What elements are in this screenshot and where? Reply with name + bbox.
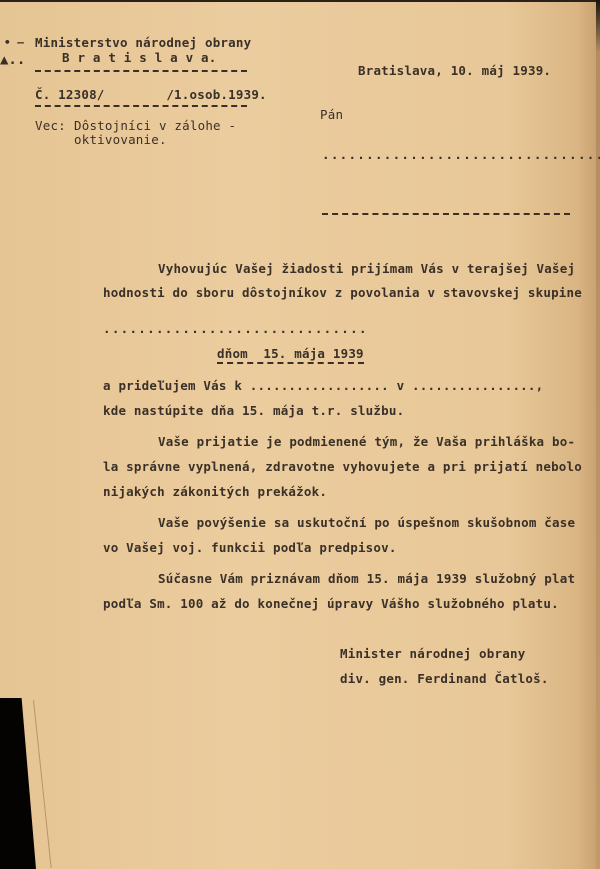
body-p2-line2: kde nastúpite dňa 15. mája t.r. službu.	[103, 403, 404, 418]
reference-number: Č. 12308/ /1.osob.1939.	[35, 87, 267, 102]
margin-blot: ▲..	[0, 52, 25, 68]
subject-label: Vec:	[35, 118, 66, 133]
date-line: dňom 15. mája 1939	[217, 346, 364, 364]
body-p5-line2: podľa Sm. 100 až do konečnej úpravy Vášh…	[103, 596, 559, 611]
body-p2-line1: a prideľujem Vás k .................. v …	[103, 378, 543, 393]
subject-line-1: Dôstojníci v zálohe -	[74, 118, 236, 133]
punch-mark: • –	[4, 36, 24, 49]
body-p1-line2: hodnosti do sboru dôstojníkov z povolani…	[103, 285, 582, 300]
addressee-blank-2	[322, 213, 570, 215]
salutation: Pán	[320, 107, 343, 122]
body-p1-line1: Vyhovujúc Vašej žiadosti prijímam Vás v …	[158, 261, 575, 276]
body-p5-line1: Súčasne Vám priznávam dňom 15. mája 1939…	[158, 571, 575, 586]
reference-rule	[35, 105, 247, 107]
body-p3-line1: Vaše prijatie je podmienené tým, že Vaša…	[158, 434, 575, 449]
subject-line-2: oktivovanie.	[74, 132, 167, 147]
body-p1-blank: ..............................	[103, 321, 368, 336]
body-p3-line2: la správne vyplnená, zdravotne vyhovujet…	[103, 459, 582, 474]
addressee-blank-1: ...................................	[322, 147, 600, 162]
signature-title: Minister národnej obrany	[340, 646, 525, 661]
signature-name: div. gen. Ferdinand Čatloš.	[340, 671, 549, 686]
ministry-name: Ministerstvo národnej obrany	[35, 35, 251, 50]
body-p4-line2: vo Vašej voj. funkcii podľa predpisov.	[103, 540, 397, 555]
city-name: B r a t i s l a v a.	[62, 50, 217, 65]
place-date: Bratislava, 10. máj 1939.	[358, 63, 551, 78]
scan-edge-top	[0, 0, 600, 2]
body-p4-line1: Vaše povýšenie sa uskutoční po úspešnom …	[158, 515, 575, 530]
body-p3-line3: nijakých zákonitých prekážok.	[103, 484, 327, 499]
letterhead-rule	[35, 70, 247, 72]
scan-edge-right	[596, 0, 600, 869]
